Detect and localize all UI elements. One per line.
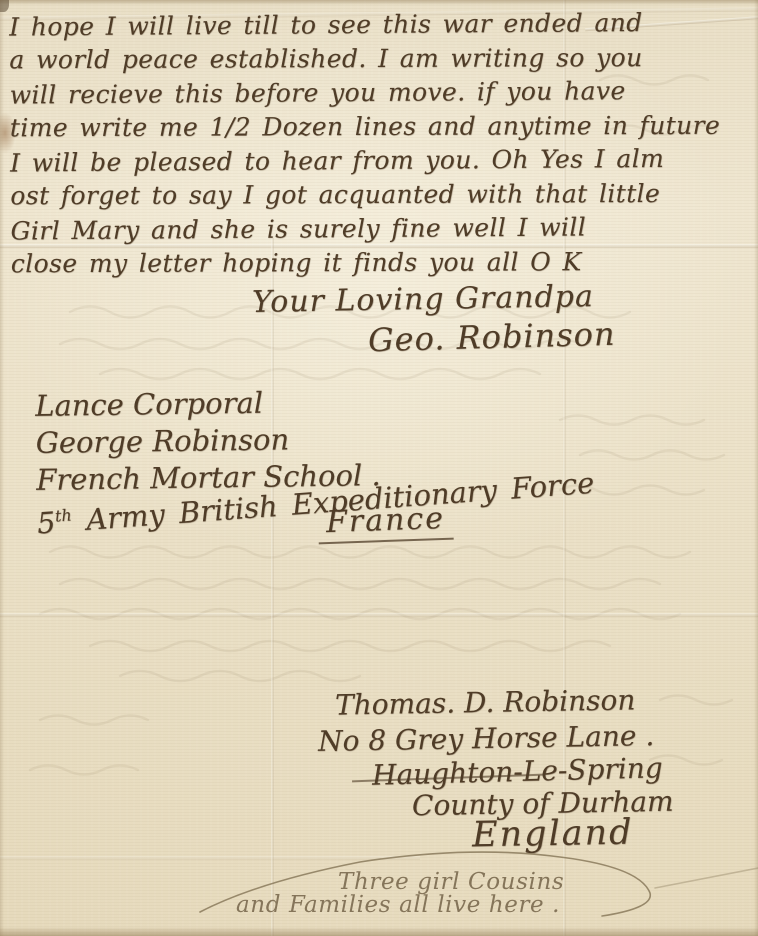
letter-body-line: time write me 1/2 Dozen lines and anytim…: [10, 109, 720, 145]
army-ordinal-suffix: th: [54, 505, 72, 525]
letter-body: I hope I will live till to see this war …: [9, 6, 721, 283]
paper-edge-bottom: [0, 927, 758, 936]
letter-body-line: Girl Mary and she is surely fine well I …: [10, 210, 721, 249]
letter-body-line: close my letter hoping it finds you all …: [11, 245, 721, 281]
paper-edge-top: [0, 0, 758, 5]
sender-address: Lance Corporal George Robinson French Mo…: [35, 380, 596, 542]
letter-body-line: I hope I will live till to see this war …: [9, 6, 720, 45]
fold-crease-horizontal-bottom: [0, 856, 420, 860]
fold-crease-vertical-left: [271, 238, 274, 936]
recipient-name: Thomas. D. Robinson: [335, 683, 636, 721]
letter-body-line: will recieve this before you move. if yo…: [10, 74, 721, 113]
signature: Geo. Robinson: [368, 315, 616, 359]
paper-edge-right: [754, 0, 758, 936]
annotation-line: and Families all live here .: [236, 892, 560, 918]
letter-body-line: I will be pleased to hear from you. Oh Y…: [10, 142, 721, 181]
closing-line: Your Loving Grandpa: [252, 279, 594, 320]
recipient-country: England: [472, 813, 634, 856]
letter-body-line: ost forget to say I got acquanted with t…: [10, 177, 720, 213]
sender-country: France: [317, 501, 453, 541]
corner-mark: [0, 0, 9, 12]
letter-body-line: a world peace established. I am writing …: [9, 41, 719, 77]
letter-page: I hope I will live till to see this war …: [0, 0, 758, 936]
sender-country-text: France: [317, 501, 453, 545]
fold-crease-horizontal-lower: [0, 613, 758, 617]
